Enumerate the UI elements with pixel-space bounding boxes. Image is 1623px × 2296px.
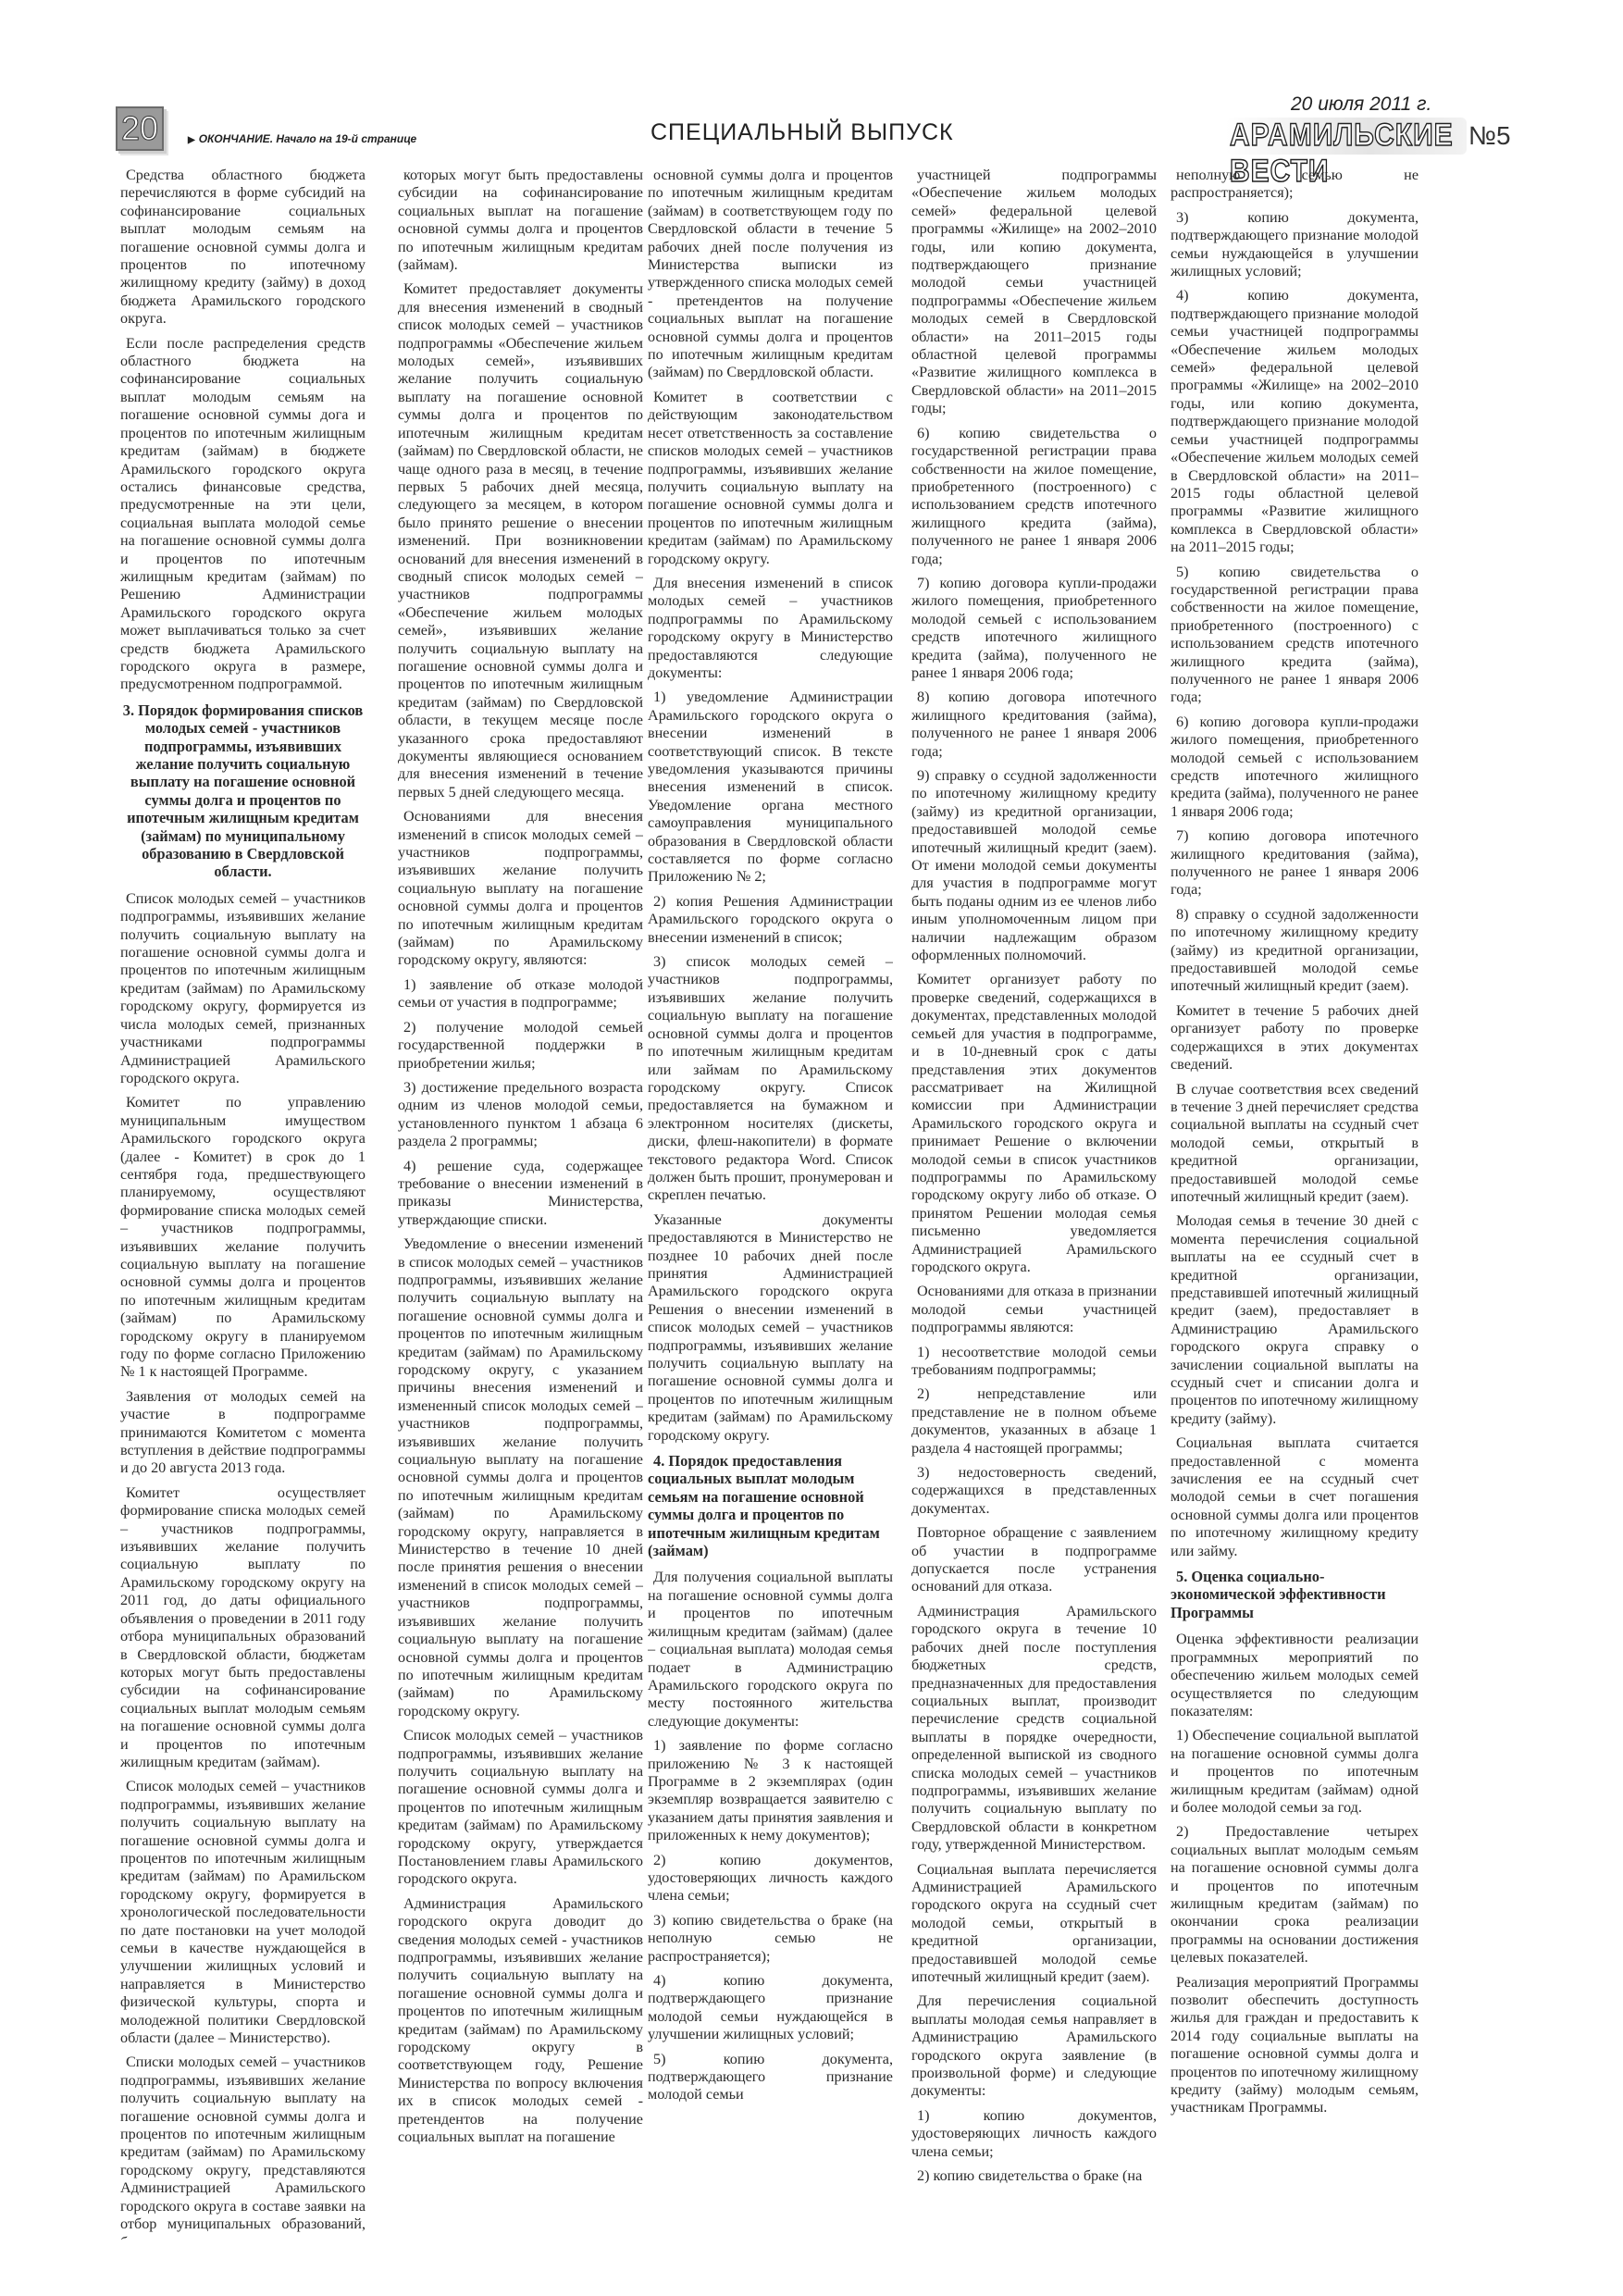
text-column-2: которых могут быть предоставлены субсиди… [398, 167, 643, 2240]
paragraph: 1) уведомление Администрации Арамильског… [648, 689, 893, 886]
paragraph: 2) непредставление или представление не … [911, 1385, 1157, 1458]
paragraph: Для получения социальной выплаты на пога… [648, 1569, 893, 1731]
continuation-text: ОКОНЧАНИЕ. Начало на 19-й странице [199, 132, 417, 145]
paragraph: Средства областного бюджета перечисляютс… [120, 167, 365, 329]
paragraph: 7) копию договора купли-продажи жилого п… [911, 575, 1157, 682]
paragraph: Комитет по управлению муниципальным имущ… [120, 1094, 365, 1382]
triangle-right-icon: ▶ [188, 135, 195, 145]
issue-number: №5 [1468, 121, 1511, 151]
paragraph: Список молодых семей – участников подпро… [120, 890, 365, 1087]
paragraph: 8) справку о ссудной задолженности по ип… [1171, 906, 1419, 996]
paragraph: неполную семью не распространяется); [1171, 167, 1419, 203]
paragraph: 1) заявление по форме согласно приложени… [648, 1737, 893, 1844]
paragraph: Для внесения изменений в список молодых … [648, 575, 893, 682]
paragraph: Социальная выплата считается предоставле… [1171, 1434, 1419, 1560]
paragraph: 3) копию свидетельства о браке (на непол… [648, 1912, 893, 1966]
paragraph: 1) несоответствие молодой семьи требован… [911, 1344, 1157, 1380]
paragraph: 1) Обеспечение социальной выплатой на по… [1171, 1727, 1419, 1817]
paragraph: В случае соответствия всех сведений в те… [1171, 1081, 1419, 1207]
paragraph: 3) достижение предельного возраста одним… [398, 1079, 643, 1151]
paragraph: Список молодых семей – участников подпро… [398, 1727, 643, 1889]
text-column-1: Средства областного бюджета перечисляютс… [120, 167, 365, 2240]
paragraph: 5) копию свидетельства о государственной… [1171, 564, 1419, 707]
section-heading: 4. Порядок предоставления социальных вып… [648, 1452, 893, 1559]
paragraph: которых могут быть предоставлены субсиди… [398, 167, 643, 274]
paragraph: Основаниями для внесения изменений в спи… [398, 808, 643, 970]
text-column-3: основной суммы долга и процентов по ипот… [648, 167, 893, 2240]
paragraph: Комитет в течение 5 рабочих дней организ… [1171, 1002, 1419, 1074]
section-heading: 5. Оценка социально-экономической эффект… [1171, 1568, 1419, 1621]
paragraph: Уведомление о внесении изменений в списо… [398, 1235, 643, 1720]
paragraph: 2) Предоставление четырех социальных вып… [1171, 1823, 1419, 1967]
section-title: СПЕЦИАЛЬНЫЙ ВЫПУСК [650, 119, 954, 146]
paragraph: 3) копию документа, подтверждающего приз… [1171, 209, 1419, 281]
paragraph: 8) копию договора ипотечного жилищного к… [911, 689, 1157, 761]
newspaper-masthead: 20 июля 2011 г. АРАМИЛЬСКИЕ ВЕСТИ №5 [1226, 93, 1522, 158]
paragraph: 7) копию договора ипотечного жилищного к… [1171, 827, 1419, 900]
paragraph: 4) копию документа, подтверждающего приз… [648, 1972, 893, 2044]
article-body: Средства областного бюджета перечисляютс… [120, 167, 1513, 2240]
paragraph: 2) копия Решения Администрации Арамильск… [648, 893, 893, 947]
paragraph: 6) копию свидетельства о государственной… [911, 425, 1157, 568]
paragraph: Указанные документы предоставляются в Ми… [648, 1211, 893, 1445]
section-heading: 3. Порядок формирования списков молодых … [120, 701, 365, 881]
paragraph: Комитет осуществляет формирование списка… [120, 1484, 365, 1772]
paragraph: Социальная выплата перечисляется Админис… [911, 1861, 1157, 1987]
paragraph: 2) копию документов, удостоверяющих личн… [648, 1852, 893, 1905]
paragraph: Администрация Арамильского городского ок… [911, 1603, 1157, 1855]
paragraph: 1) копию документов, удостоверяющих личн… [911, 2107, 1157, 2161]
paragraph: 4) решение суда, содержащее требование о… [398, 1158, 643, 1230]
paragraph: 3) недостоверность сведений, содержащихс… [911, 1464, 1157, 1518]
issue-date: 20 июля 2011 г. [1291, 93, 1431, 116]
paragraph: 5) копию документа, подтверждающего приз… [648, 2051, 893, 2104]
paragraph: 9) справку о ссудной задолженности по ип… [911, 767, 1157, 964]
paragraph: Комитет предоставляет документы для внес… [398, 280, 643, 801]
paragraph: 2) получение молодой семьей государствен… [398, 1019, 643, 1073]
paragraph: Молодая семья в течение 30 дней с момент… [1171, 1212, 1419, 1428]
paragraph: Комитет организует работу по проверке св… [911, 971, 1157, 1276]
paragraph: 1) заявление об отказе молодой семьи от … [398, 976, 643, 1012]
paragraph: Оценка эффективности реализации программ… [1171, 1631, 1419, 1720]
continuation-note: ▶ОКОНЧАНИЕ. Начало на 19-й странице [188, 132, 416, 145]
paragraph: Заявления от молодых семей на участие в … [120, 1388, 365, 1478]
paragraph: 4) копию документа, подтверждающего приз… [1171, 287, 1419, 556]
paragraph: 6) копию договора купли-продажи жилого п… [1171, 714, 1419, 821]
paragraph: Списки молодых семей – участников подпро… [120, 2054, 365, 2240]
paragraph: Администрация Арамильского городского ок… [398, 1895, 643, 2147]
paragraph: Основаниями для отказа в признании молод… [911, 1283, 1157, 1336]
paragraph: Список молодых семей – участников подпро… [120, 1778, 365, 2047]
paragraph: 3) список молодых семей – участников под… [648, 953, 893, 1205]
paragraph: Реализация мероприятий Программы позволи… [1171, 1974, 1419, 2117]
text-column-4: участницей подпрограммы «Обеспечение жил… [911, 167, 1157, 2240]
paragraph: Для перечисления социальной выплаты моло… [911, 1992, 1157, 2100]
text-column-5: неполную семью не распространяется);3) к… [1171, 167, 1419, 2240]
paragraph: Повторное обращение с заявлением об учас… [911, 1524, 1157, 1596]
page-header: 20 ▶ОКОНЧАНИЕ. Начало на 19-й странице С… [116, 106, 1522, 162]
paragraph: Если после распределения средств областн… [120, 335, 365, 694]
page-number-badge: 20 [116, 106, 164, 151]
paragraph: участницей подпрограммы «Обеспечение жил… [911, 167, 1157, 418]
paragraph: основной суммы долга и процентов по ипот… [648, 167, 893, 382]
paragraph: Комитет в соответствии с действующим зак… [648, 389, 893, 568]
paragraph: 2) копию свидетельства о браке (на [911, 2167, 1157, 2185]
